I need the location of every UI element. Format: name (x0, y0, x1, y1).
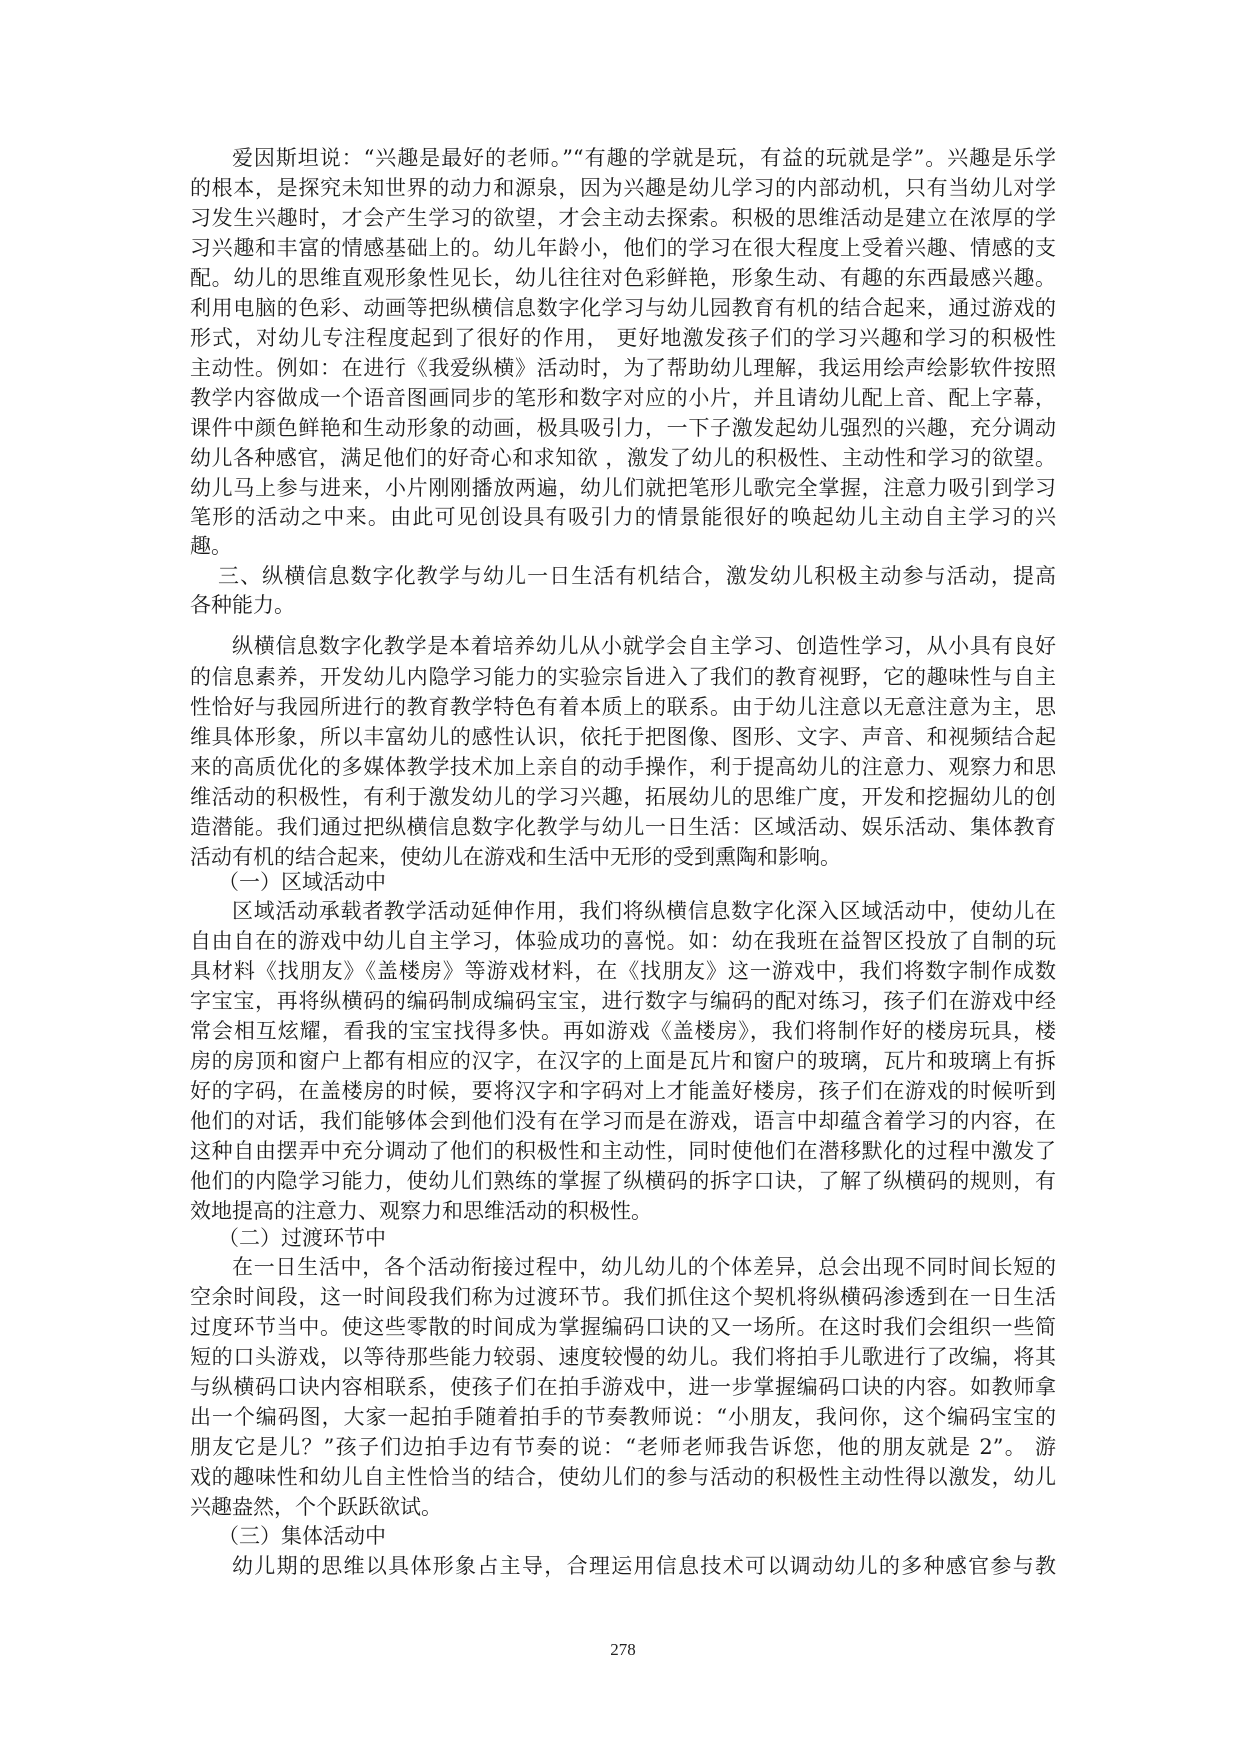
paragraph-line: 空余时间段，这一时间段我们称为过渡环节。我们抓住这个契机将纵横码渗透到在一日生活 (190, 1283, 1056, 1311)
paragraph-line: 幼儿马上参与进来，小片刚刚播放两遍，幼儿们就把笔形儿歌完全掌握，注意力吸引到学习 (190, 474, 1056, 502)
paragraph-line: 习发生兴趣时，才会产生学习的欲望，才会主动去探索。积极的思维活动是建立在浓厚的学 (190, 204, 1056, 232)
paragraph-line: 这种自由摆弄中充分调动了他们的积极性和主动性，同时使他们在潜移默化的过程中激发了 (190, 1137, 1056, 1165)
paragraph-line: 习兴趣和丰富的情感基础上的。幼儿年龄小，他们的学习在很大程度上受着兴趣、情感的支 (190, 234, 1056, 262)
paragraph-line: 的根本，是探究未知世界的动力和源泉，因为兴趣是幼儿学习的内部动机，只有当幼儿对学 (190, 174, 1056, 202)
paragraph-line: 来的高质优化的多媒体教学技术加上亲自的动手操作，利于提高幼儿的注意力、观察力和思 (190, 753, 1056, 781)
paragraph-line: 区域活动承载者教学活动延伸作用，我们将纵横信息数字化深入区域活动中，使幼儿在 (232, 897, 1056, 925)
paragraph-line: 幼儿期的思维以具体形象占主导，合理运用信息技术可以调动幼儿的多种感官参与教 (232, 1552, 1056, 1580)
paragraph-line: 配。幼儿的思维直观形象性见长，幼儿往往对色彩鲜艳，形象生动、有趣的东西最感兴趣。 (190, 264, 1056, 292)
paragraph-line: 效地提高的注意力、观察力和思维活动的积极性。 (190, 1197, 1056, 1225)
paragraph-line: 教学内容做成一个语音图画同步的笔形和数字对应的小片，并且请幼儿配上音、配上字幕， (190, 384, 1056, 412)
section-heading: 三、纵横信息数字化教学与幼儿一日生活有机结合，激发幼儿积极主动参与活动，提高 (218, 562, 1056, 590)
paragraph-line: 的信息素养，开发幼儿内隐学习能力的实验宗旨进入了我们的教育视野，它的趣味性与自主 (190, 663, 1056, 691)
paragraph-line: 造潜能。我们通过把纵横信息数字化教学与幼儿一日生活：区域活动、娱乐活动、集体教育 (190, 813, 1056, 841)
paragraph-line: 兴趣盎然，个个跃跃欲试。 (190, 1493, 1056, 1521)
paragraph-line: 主动性。例如：在进行《我爱纵横》活动时，为了帮助幼儿理解，我运用绘声绘影软件按照 (190, 354, 1056, 382)
paragraph-line: 笔形的活动之中来。由此可见创设具有吸引力的情景能很好的唤起幼儿主动自主学习的兴 (190, 503, 1056, 531)
paragraph-line: 纵横信息数字化教学是本着培养幼儿从小就学会自主学习、创造性学习，从小具有良好 (232, 632, 1056, 660)
paragraph-line: 具材料《找朋友》《盖楼房》等游戏材料，在《找朋友》这一游戏中，我们将数字制作成数 (190, 957, 1056, 985)
paragraph-line: 过度环节当中。使这些零散的时间成为掌握编码口诀的又一场所。在这时我们会组织一些简 (190, 1313, 1056, 1341)
paragraph-line: 出一个编码图，大家一起拍手随着拍手的节奏教师说：“小朋友，我问你，这个编码宝宝的 (190, 1403, 1056, 1431)
paragraph-line: 性恰好与我园所进行的教育教学特色有着本质上的联系。由于幼儿注意以无意注意为主，思 (190, 693, 1056, 721)
paragraph-line: 活动有机的结合起来，使幼儿在游戏和生活中无形的受到熏陶和影响。 (190, 843, 1056, 871)
paragraph-line: 他们的内隐学习能力，使幼儿们熟练的掌握了纵横码的拆字口诀，了解了纵横码的规则，有 (190, 1167, 1056, 1195)
paragraph-line: 幼儿各种感官，满足他们的好奇心和求知欲 ，激发了幼儿的积极性、主动性和学习的欲望… (190, 444, 1056, 472)
paragraph-line: 趣。 (190, 532, 1056, 560)
paragraph-line: 形式，对幼儿专注程度起到了很好的作用， 更好地激发孩子们的学习兴趣和学习的积极性 (190, 324, 1056, 352)
paragraph-line: 朋友它是儿？”孩子们边拍手边有节奏的说：“老师老师我告诉您，他的朋友就是 2”。… (190, 1433, 1056, 1461)
paragraph-line: 常会相互炫耀，看我的宝宝找得多快。再如游戏《盖楼房》，我们将制作好的楼房玩具，楼 (190, 1017, 1056, 1045)
paragraph-line: 与纵横码口诀内容相联系，使孩子们在拍手游戏中，进一步掌握编码口诀的内容。如教师拿 (190, 1373, 1056, 1401)
paragraph-line: 在一日生活中，各个活动衔接过程中，幼儿幼儿的个体差异，总会出现不同时间长短的 (232, 1253, 1056, 1281)
paragraph-line: 爱因斯坦说：“兴趣是最好的老师。”“有趣的学就是玩，有益的玩就是学”。兴趣是乐学 (232, 144, 1056, 172)
paragraph-line: 好的字码，在盖楼房的时候，要将汉字和字码对上才能盖好楼房，孩子们在游戏的时候听到 (190, 1077, 1056, 1105)
subsection-heading: （三）集体活动中 (218, 1522, 1042, 1550)
paragraph-line: 房的房顶和窗户上都有相应的汉字，在汉字的上面是瓦片和窗户的玻璃，瓦片和玻璃上有拆 (190, 1047, 1056, 1075)
paragraph-line: 自由自在的游戏中幼儿自主学习，体验成功的喜悦。如：幼在我班在益智区投放了自制的玩 (190, 927, 1056, 955)
paragraph-line: 短的口头游戏，以等待那些能力较弱、速度较慢的幼儿。我们将拍手儿歌进行了改编，将其 (190, 1343, 1056, 1371)
document-page: 爱因斯坦说：“兴趣是最好的老师。”“有趣的学就是玩，有益的玩就是学”。兴趣是乐学… (0, 0, 1246, 1763)
paragraph-line: 维活动的积极性，有利于激发幼儿的学习兴趣，拓展幼儿的思维广度，开发和挖掘幼儿的创 (190, 783, 1056, 811)
paragraph-line: 维具体形象，所以丰富幼儿的感性认识，依托于把图像、图形、文字、声音、和视频结合起 (190, 723, 1056, 751)
paragraph-line: 字宝宝，再将纵横码的编码制成编码宝宝，进行数字与编码的配对练习，孩子们在游戏中经 (190, 987, 1056, 1015)
paragraph-line: 戏的趣味性和幼儿自主性恰当的结合，使幼儿们的参与活动的积极性主动性得以激发，幼儿 (190, 1463, 1056, 1491)
page-number: 278 (573, 1640, 673, 1660)
paragraph-line: 利用电脑的色彩、动画等把纵横信息数字化学习与幼儿园教育有机的结合起来，通过游戏的 (190, 294, 1056, 322)
subsection-heading: （二）过渡环节中 (218, 1224, 1042, 1252)
section-heading: 各种能力。 (190, 591, 1056, 619)
subsection-heading: （一）区域活动中 (218, 868, 1042, 896)
paragraph-line: 课件中颜色鲜艳和生动形象的动画，极具吸引力，一下子激发起幼儿强烈的兴趣，充分调动 (190, 414, 1056, 442)
paragraph-line: 他们的对话，我们能够体会到他们没有在学习而是在游戏，语言中却蕴含着学习的内容，在 (190, 1107, 1056, 1135)
